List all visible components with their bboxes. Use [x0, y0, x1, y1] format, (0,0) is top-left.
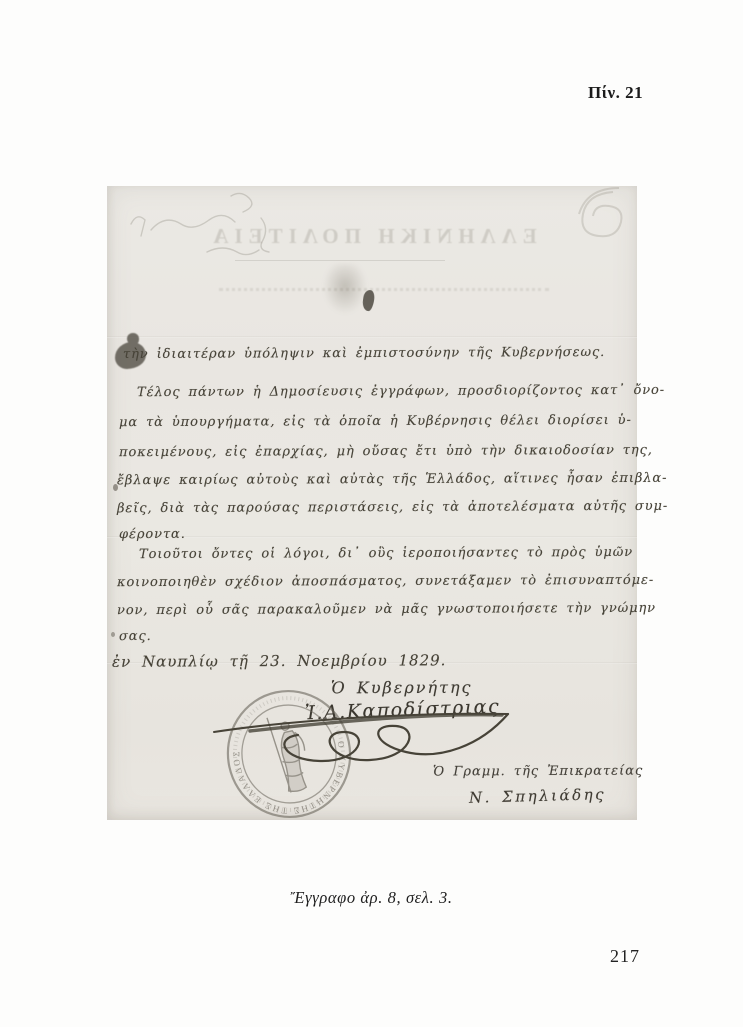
ink-speck	[111, 632, 115, 637]
secretary-signature: Ν. Σπηλιάδης	[469, 785, 606, 807]
handwriting-line: σας.	[119, 629, 152, 644]
handwriting-line: κοινοποιηθὲν σχέδιον ἀποσπάσματος, συνετ…	[117, 573, 654, 590]
letterhead-subline	[219, 288, 549, 295]
ink-blot-small	[362, 289, 376, 311]
plate-label: Πίν. 21	[588, 83, 643, 103]
handwriting-line: φέροντα.	[119, 527, 186, 542]
governor-title: Ὁ Κυβερνήτης	[331, 678, 473, 698]
ink-smudge	[323, 264, 367, 314]
book-page: { "page": { "plate_label": "Πίν. 21", "c…	[0, 0, 743, 1027]
dateline: ἐν Ναυπλίῳ τῇ 23. Νοεμβρίου 1829.	[112, 651, 446, 670]
page-number: 217	[610, 946, 640, 967]
embossed-flourish	[555, 186, 633, 248]
handwriting-line: ποκειμένους, εἰς ἐπαρχίας, μὴ οὔσας ἔτι …	[119, 443, 653, 460]
handwriting-line: ἔβλαψε καιρίως αὐτοὺς καὶ αὐτὰς τῆς Ἑλλά…	[117, 471, 667, 488]
letterhead-bleedthrough: ΕΛΛΗΝΙΚΗ ΠΟΛΙΤΕΙΑ	[107, 224, 637, 249]
handwriting-line: νον, περὶ οὗ σᾶς παρακαλοῦμεν νὰ μᾶς γνω…	[117, 601, 656, 618]
handwriting-line: Τέλος πάντων ἡ Δημοσίευσις ἐγγράφων, προ…	[137, 383, 665, 400]
handwriting-line: τὴν ἰδιαιτέραν ὑπόληψιν καὶ ἐμπιστοσύνην…	[123, 345, 605, 362]
handwriting-line: Τοιοῦτοι ὄντες οἱ λόγοι, δι᾽ οὓς ἱεροποι…	[139, 545, 633, 562]
handwriting-line: βεῖς, διὰ τὰς παρούσας περιστάσεις, εἰς …	[117, 499, 668, 516]
letterhead-rule	[235, 260, 445, 261]
paper-crease	[107, 536, 637, 538]
bleedthrough-scribbles	[111, 188, 341, 288]
document-scan: ΕΛΛΗΝΙΚΗ ΠΟΛΙΤΕΙΑ τὴν ἰδιαιτέραν ὑπόληψι…	[107, 186, 637, 820]
paper-crease	[107, 336, 637, 338]
secretary-title: Ὁ Γραμμ. τῆς Ἐπικρατείας	[433, 764, 643, 780]
handwriting-line: μα τὰ ὑπουργήματα, εἰς τὰ ὁποῖα ἡ Κυβέρν…	[119, 413, 632, 430]
caption: Ἔγγραφο ἀρ. 8, σελ. 3.	[0, 888, 743, 908]
